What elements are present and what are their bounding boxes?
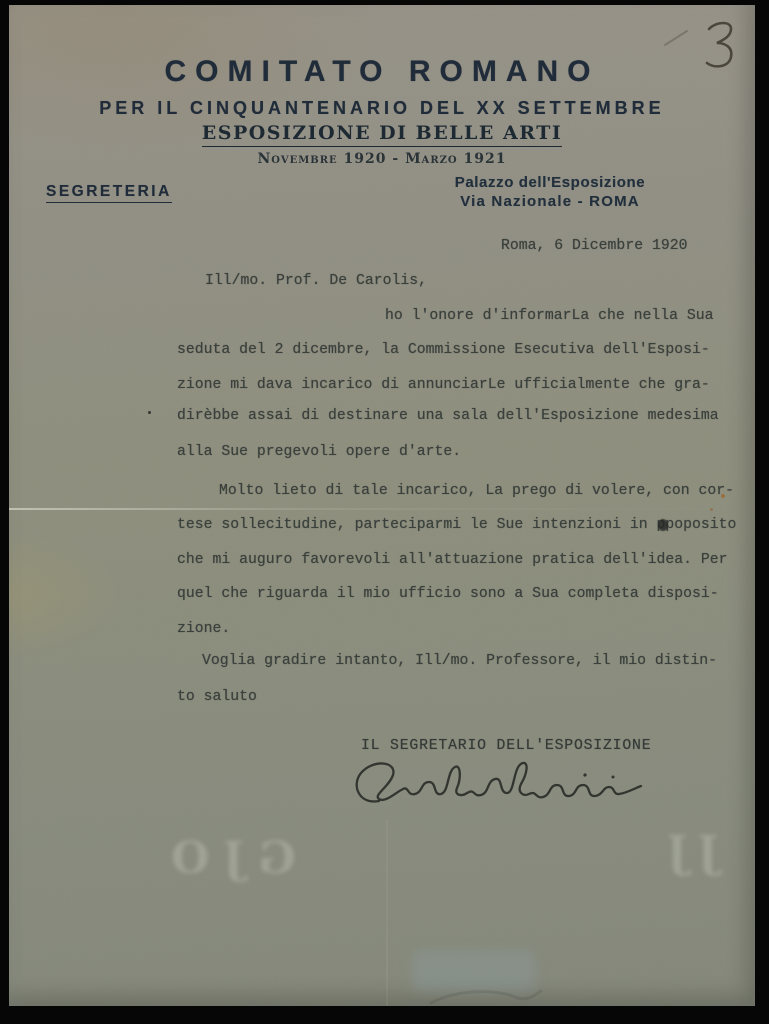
- body-line: dirèbbe assai di destinare una sala dell…: [177, 408, 719, 424]
- address-line-1: Palazzo dell'Esposizione: [417, 174, 683, 191]
- letterhead-address: Palazzo dell'Esposizione Via Nazionale -…: [417, 174, 683, 210]
- dateline: Roma, 6 Dicembre 1920: [501, 238, 687, 254]
- body-line: to saluto: [177, 689, 257, 705]
- body-line: seduta del 2 dicembre, la Commissione Es…: [177, 342, 710, 358]
- body-line: Molto lieto di tale incarico, La prego d…: [219, 483, 734, 499]
- body-line: quel che riguarda il mio ufficio sono a …: [177, 586, 719, 602]
- fold-crease: [9, 508, 755, 510]
- exhibition-period: Novembre 1920 - Marzo 1921: [9, 151, 755, 167]
- office-label: SEGRETERIA: [46, 183, 172, 203]
- body-line: zione.: [177, 621, 230, 637]
- show-through-curve: [427, 983, 547, 1011]
- address-line-2: Via Nazionale - ROMA: [417, 193, 683, 210]
- body-line: Voglia gradire intanto, Ill/mo. Professo…: [202, 653, 717, 669]
- show-through-letters-left: GJO: [157, 833, 296, 884]
- vertical-fold-crease: [386, 820, 388, 1006]
- scanner-background: COMITATO ROMANO PER IL CINQUANTENARIO DE…: [0, 0, 769, 1024]
- show-through-letters-right: JJ: [657, 827, 719, 878]
- rust-speck-small: [710, 508, 713, 511]
- body-line: zione mi dava incarico di annunciarLe uf…: [177, 377, 710, 393]
- signature-handwriting: [349, 755, 649, 819]
- salutation: Ill/mo. Prof. De Carolis,: [205, 273, 427, 289]
- body-line: che mi auguro favorevoli all'attuazione …: [177, 552, 728, 568]
- body-line: tese sollecitudine, parteciparmi le Sue …: [177, 517, 736, 533]
- body-line: alla Sue pregevoli opere d'arte.: [177, 444, 461, 460]
- committee-title: COMITATO ROMANO: [9, 55, 755, 89]
- ink-speck: [148, 411, 151, 414]
- committee-subtitle: PER IL CINQUANTENARIO DEL XX SETTEMBRE: [9, 98, 755, 119]
- typewriter-overstrike-blot: [658, 519, 668, 531]
- exhibition-title: ESPOSIZIONE DI BELLE ARTI: [202, 122, 562, 147]
- letter-page: COMITATO ROMANO PER IL CINQUANTENARIO DE…: [9, 5, 755, 1006]
- body-line: ho l'onore d'informarLa che nella Sua: [385, 308, 714, 324]
- closing-title: IL SEGRETARIO DELL'ESPOSIZIONE: [361, 738, 651, 754]
